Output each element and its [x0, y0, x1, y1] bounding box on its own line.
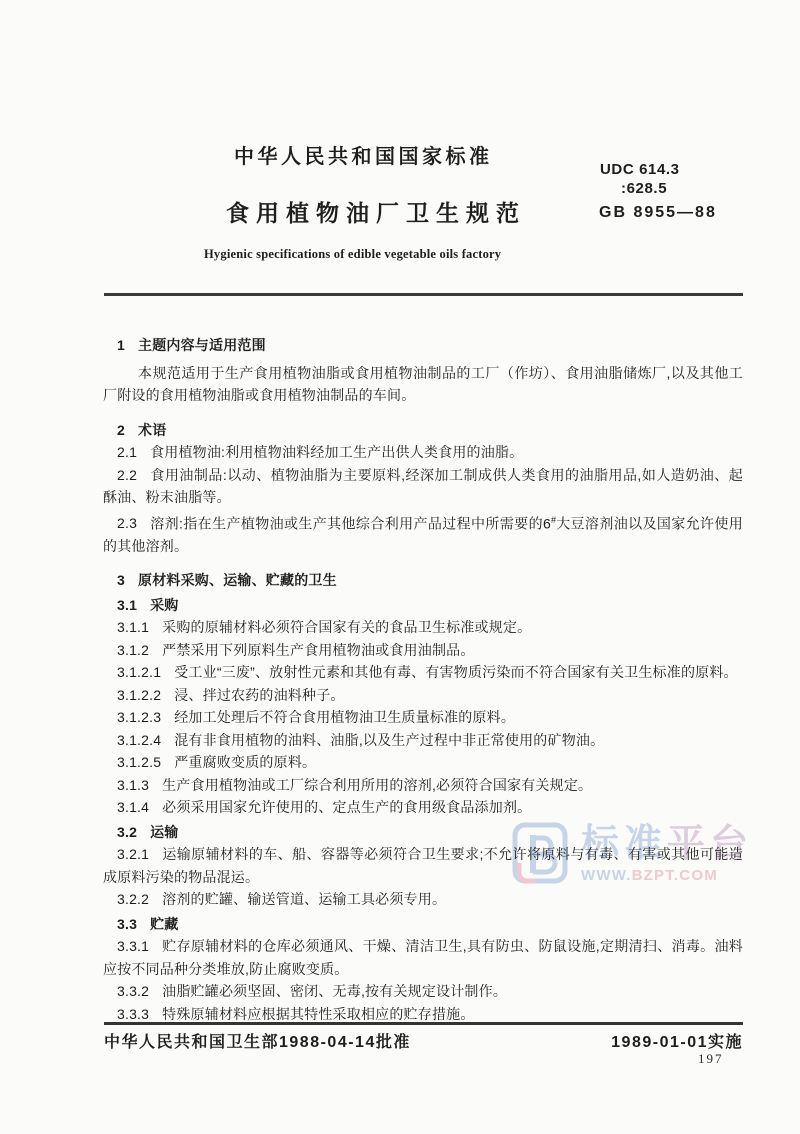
document-title-cn: 食用植物油厂卫生规范 — [226, 195, 526, 228]
udc-line1: UDC 614.3 — [600, 160, 680, 179]
clause-text: 采购 — [150, 597, 178, 613]
clause-number: 3.1.4 — [117, 799, 149, 815]
clause-text: 采购的原辅材料必须符合国家有关的食品卫生标准或规定。 — [162, 619, 531, 635]
clause-number: 3.1.2 — [117, 642, 149, 658]
section-heading: 1主题内容与适用范围 — [103, 334, 743, 357]
subsection-heading: 3.3贮藏 — [103, 913, 743, 936]
clause-number: 3.1.2.4 — [117, 732, 161, 748]
approval-statement: 中华人民共和国卫生部1988-04-14批准 — [104, 1029, 411, 1052]
udc-line2: :628.5 — [600, 179, 680, 198]
header-rule — [104, 293, 743, 296]
section-heading: 2术语 — [103, 419, 743, 442]
clause-number: 1 — [117, 337, 125, 353]
clause: 3.3.3特殊原辅材料应根据其特性采取相应的贮存措施。 — [103, 1003, 743, 1026]
clause-text: 贮存原辅材料的仓库必须通风、干燥、清洁卫生,具有防虫、防鼠设施,定期清扫、消毒。… — [103, 938, 743, 977]
clause-number: 3.3.2 — [117, 983, 149, 999]
clause-number: 3.3.1 — [117, 938, 149, 954]
clause-text: 运输原辅材料的车、船、容器等必须符合卫生要求;不允许将原料与有毒、有害或其他可能… — [103, 846, 743, 885]
clause-number: 2.2 — [117, 467, 137, 483]
clause: 3.1.4必须采用国家允许使用的、定点生产的食用级食品添加剂。 — [103, 796, 743, 819]
standard-number: GB 8955—88 — [599, 204, 717, 222]
scanned-standard-page: 中华人民共和国国家标准 UDC 614.3 :628.5 食用植物油厂卫生规范 … — [0, 0, 800, 1134]
footer: 中华人民共和国卫生部1988-04-14批准 1989-01-01实施 — [104, 1029, 743, 1052]
clause-number: 2.1 — [117, 444, 137, 460]
clause: 3.1.2.3经加工处理后不符合食用植物油卫生质量标准的原料。 — [103, 706, 743, 729]
section-heading: 3原材料采购、运输、贮藏的卫生 — [103, 569, 743, 592]
clause-number: 3.1.2.1 — [117, 664, 161, 680]
document-title-en: Hygienic specifications of edible vegeta… — [204, 247, 501, 262]
clause-number: 3.1.3 — [117, 777, 149, 793]
subsection-heading: 3.1采购 — [103, 594, 743, 617]
clause-number: 2.3 — [117, 515, 137, 531]
clause-number: 3.3 — [117, 916, 137, 932]
clause-number: 3.1.2.5 — [117, 754, 161, 770]
clause-number: 3 — [117, 572, 125, 588]
clause-text: 溶剂的贮罐、输送管道、运输工具必须专用。 — [162, 891, 446, 907]
clause-text: 必须采用国家允许使用的、定点生产的食用级食品添加剂。 — [162, 799, 531, 815]
clause: 3.1.2.4混有非食用植物的油料、油脂,以及生产过程中非正常使用的矿物油。 — [103, 729, 743, 752]
clause-text: 生产食用植物油或工厂综合利用所用的溶剂,必须符合国家有关规定。 — [162, 777, 592, 793]
clause: 3.1.3生产食用植物油或工厂综合利用所用的溶剂,必须符合国家有关规定。 — [103, 774, 743, 797]
clause: 3.3.1贮存原辅材料的仓库必须通风、干燥、清洁卫生,具有防虫、防鼠设施,定期清… — [103, 935, 743, 980]
effective-date: 1989-01-01实施 — [611, 1029, 743, 1052]
clause-number: 3.3.3 — [117, 1006, 149, 1022]
clause-text: 本规范适用于生产食用植物油脂或食用植物油制品的工厂（作坊）、食用油脂储炼厂,以及… — [103, 365, 743, 404]
clause-text: 油脂贮罐必须坚固、密闭、无毒,按有关规定设计制作。 — [162, 983, 507, 999]
clause-text: 严重腐败变质的原料。 — [174, 754, 316, 770]
clause-number: 3.2.2 — [117, 891, 149, 907]
clause: 2.3溶剂:指在生产植物油或生产其他综合利用产品过程中所需要的6#大豆溶剂油以及… — [103, 509, 743, 558]
clause-text: 贮藏 — [150, 916, 178, 932]
clause-number: 3.2 — [117, 824, 137, 840]
clause-text: 食用植物油:利用植物油料经加工生产出供人类食用的油脂。 — [150, 444, 523, 460]
clause-text: 术语 — [138, 422, 166, 438]
clause-text: 运输 — [150, 824, 178, 840]
clause-number: 3.1.1 — [117, 619, 149, 635]
national-standard-label: 中华人民共和国国家标准 — [234, 140, 493, 169]
page-number: 197 — [698, 1051, 724, 1067]
clause-text: 主题内容与适用范围 — [138, 337, 266, 353]
paragraph: 本规范适用于生产食用植物油脂或食用植物油制品的工厂（作坊）、食用油脂储炼厂,以及… — [103, 362, 743, 407]
clause-number: 3.1 — [117, 597, 137, 613]
clause-text: 原材料采购、运输、贮藏的卫生 — [138, 572, 337, 588]
clause-text: 严禁采用下列原料生产食用植物油或食用油制品。 — [162, 642, 474, 658]
clause: 2.2食用油制品:以动、植物油脂为主要原料,经深加工制成供人类食用的油脂用品,如… — [103, 464, 743, 509]
clause-text: 经加工处理后不符合食用植物油卫生质量标准的原料。 — [174, 709, 515, 725]
clause: 3.2.2溶剂的贮罐、输送管道、运输工具必须专用。 — [103, 888, 743, 911]
clause: 2.1食用植物油:利用植物油料经加工生产出供人类食用的油脂。 — [103, 441, 743, 464]
clause: 3.1.2.2浸、拌过农药的油料种子。 — [103, 684, 743, 707]
document-body: 1主题内容与适用范围本规范适用于生产食用植物油脂或食用植物油制品的工厂（作坊）、… — [103, 334, 743, 1025]
clause: 3.1.1采购的原辅材料必须符合国家有关的食品卫生标准或规定。 — [103, 616, 743, 639]
clause-text: 浸、拌过农药的油料种子。 — [174, 687, 344, 703]
clause-text: 溶剂:指在生产植物油或生产其他综合利用产品过程中所需要的6 — [150, 515, 551, 531]
clause-number: 3.1.2.3 — [117, 709, 161, 725]
clause-text: 食用油制品:以动、植物油脂为主要原料,经深加工制成供人类食用的油脂用品,如人造奶… — [103, 467, 743, 506]
clause-text: 受工业“三废”、放射性元素和其他有毒、有害物质污染而不符合国家有关卫生标准的原料… — [174, 664, 738, 680]
clause: 3.1.2严禁采用下列原料生产食用植物油或食用油制品。 — [103, 639, 743, 662]
clause: 3.3.2油脂贮罐必须坚固、密闭、无毒,按有关规定设计制作。 — [103, 980, 743, 1003]
clause-number: 2 — [117, 422, 125, 438]
clause-number: 3.2.1 — [117, 846, 149, 862]
subsection-heading: 3.2运输 — [103, 821, 743, 844]
clause: 3.1.2.1受工业“三废”、放射性元素和其他有毒、有害物质污染而不符合国家有关… — [103, 661, 743, 684]
clause-text: 混有非食用植物的油料、油脂,以及生产过程中非正常使用的矿物油。 — [174, 732, 604, 748]
clause: 3.2.1运输原辅材料的车、船、容器等必须符合卫生要求;不允许将原料与有毒、有害… — [103, 843, 743, 888]
clause-number: 3.1.2.2 — [117, 687, 161, 703]
clause: 3.1.2.5严重腐败变质的原料。 — [103, 751, 743, 774]
clause-text: 特殊原辅材料应根据其特性采取相应的贮存措施。 — [162, 1006, 474, 1022]
udc-classification: UDC 614.3 :628.5 — [600, 160, 680, 198]
